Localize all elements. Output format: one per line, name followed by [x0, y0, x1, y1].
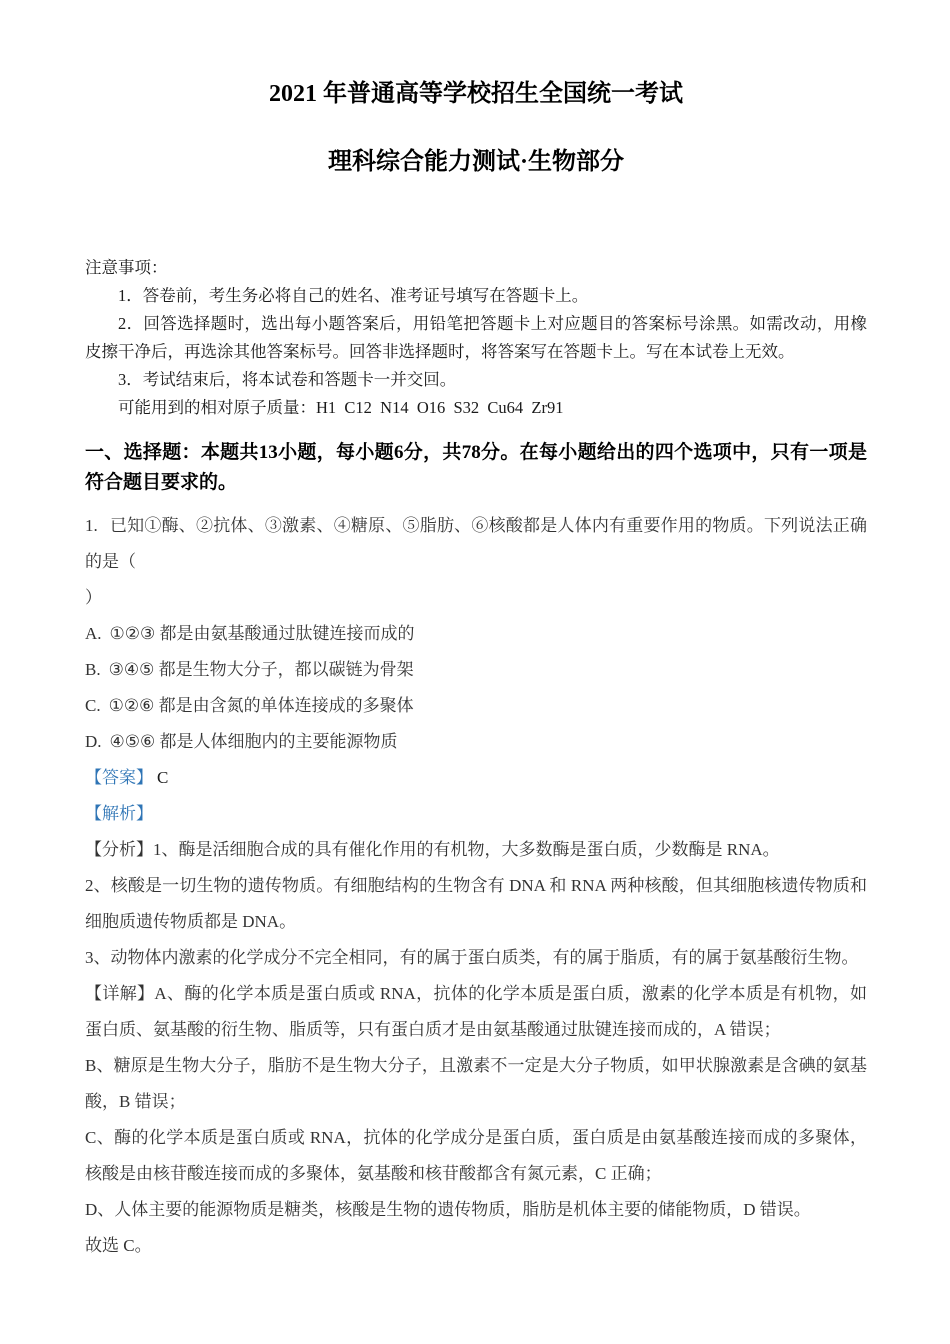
option-b-text: ③④⑤ 都是生物大分子，都以碳链为骨架 — [109, 660, 414, 679]
analysis-text-2: 2、核酸是一切生物的遗传物质。有细胞结构的生物含有 DNA 和 RNA 两种核酸… — [85, 876, 867, 931]
analysis-conclusion: 故选 C。 — [85, 1228, 867, 1264]
option-b: B.③④⑤ 都是生物大分子，都以碳链为骨架 — [85, 652, 867, 688]
analysis-text-1: 1、酶是活细胞合成的具有催化作用的有机物，大多数酶是蛋白质，少数酶是 RNA。 — [153, 840, 780, 859]
notice-item-3: 3．考试结束后，将本试卷和答题卡一并交回。 — [85, 366, 867, 394]
section-heading: 一、选择题：本题共13小题，每小题6分，共78分。在每小题给出的四个选项中，只有… — [85, 438, 867, 498]
document-subtitle: 理科综合能力测试·生物部分 — [85, 146, 867, 178]
analysis-paragraph-5: B、糖原是生物大分子，脂肪不是生物大分子，且激素不一定是大分子物质，如甲状腺激素… — [85, 1048, 867, 1120]
notice-heading: 注意事项： — [85, 254, 867, 282]
option-a-label: A. — [85, 624, 102, 643]
analysis-paragraph-1: 【分析】1、酶是活细胞合成的具有催化作用的有机物，大多数酶是蛋白质，少数酶是 R… — [85, 832, 867, 868]
analysis-text-3: 3、动物体内激素的化学成分不完全相同，有的属于蛋白质类，有的属于脂质，有的属于氨… — [85, 948, 859, 967]
question-stem-close: ） — [85, 580, 867, 616]
analysis-text-4: A、酶的化学本质是蛋白质或 RNA，抗体的化学本质是蛋白质，激素的化学本质是有机… — [85, 984, 867, 1039]
option-d: D.④⑤⑥ 都是人体细胞内的主要能源物质 — [85, 724, 867, 760]
option-b-label: B. — [85, 660, 101, 679]
analysis-prefix-1: 【分析】 — [85, 840, 153, 859]
exam-document-page: 2021 年普通高等学校招生全国统一考试 理科综合能力测试·生物部分 注意事项：… — [0, 0, 950, 1344]
question-stem-text: 已知①酶、②抗体、③激素、④糖原、⑤脂肪、⑥核酸都是人体内有重要作用的物质。下列… — [85, 516, 867, 571]
analysis-tag-line: 【解析】 — [85, 796, 867, 832]
analysis-tag: 【解析】 — [85, 804, 153, 823]
analysis-paragraph-4: 【详解】A、酶的化学本质是蛋白质或 RNA，抗体的化学本质是蛋白质，激素的化学本… — [85, 976, 867, 1048]
notice-section: 注意事项： 1．答卷前，考生务必将自己的姓名、准考证号填写在答题卡上。 2．回答… — [85, 254, 867, 422]
document-title: 2021 年普通高等学校招生全国统一考试 — [85, 78, 867, 110]
analysis-paragraph-6: C、酶的化学本质是蛋白质或 RNA，抗体的化学成分是蛋白质，蛋白质是由氨基酸连接… — [85, 1120, 867, 1192]
option-c-label: C. — [85, 696, 101, 715]
answer-line: 【答案】C — [85, 760, 867, 796]
analysis-paragraph-2: 2、核酸是一切生物的遗传物质。有细胞结构的生物含有 DNA 和 RNA 两种核酸… — [85, 868, 867, 940]
notice-item-1: 1．答卷前，考生务必将自己的姓名、准考证号填写在答题卡上。 — [85, 282, 867, 310]
question-block: 1.已知①酶、②抗体、③激素、④糖原、⑤脂肪、⑥核酸都是人体内有重要作用的物质。… — [85, 508, 867, 1264]
answer-tag: 【答案】 — [85, 768, 153, 787]
notice-atomic-masses: 可能用到的相对原子质量：H1 C12 N14 O16 S32 Cu64 Zr91 — [85, 394, 867, 422]
option-c: C.①②⑥ 都是由含氮的单体连接成的多聚体 — [85, 688, 867, 724]
analysis-text-7: D、人体主要的能源物质是糖类，核酸是生物的遗传物质，脂肪是机体主要的储能物质，D… — [85, 1200, 811, 1219]
analysis-paragraph-3: 3、动物体内激素的化学成分不完全相同，有的属于蛋白质类，有的属于脂质，有的属于氨… — [85, 940, 867, 976]
option-d-label: D. — [85, 732, 102, 751]
analysis-text-6: C、酶的化学本质是蛋白质或 RNA，抗体的化学成分是蛋白质，蛋白质是由氨基酸连接… — [85, 1128, 867, 1183]
analysis-conclusion-text: 故选 C。 — [85, 1236, 152, 1255]
analysis-text-5: B、糖原是生物大分子，脂肪不是生物大分子，且激素不一定是大分子物质，如甲状腺激素… — [85, 1056, 867, 1111]
option-d-text: ④⑤⑥ 都是人体细胞内的主要能源物质 — [110, 732, 398, 751]
analysis-prefix-4: 【详解】 — [85, 984, 154, 1003]
option-a-text: ①②③ 都是由氨基酸通过肽键连接而成的 — [110, 624, 415, 643]
answer-value: C — [157, 768, 168, 787]
notice-item-2: 2．回答选择题时，选出每小题答案后，用铅笔把答题卡上对应题目的答案标号涂黑。如需… — [85, 310, 867, 366]
question-stem: 1.已知①酶、②抗体、③激素、④糖原、⑤脂肪、⑥核酸都是人体内有重要作用的物质。… — [85, 508, 867, 580]
option-c-text: ①②⑥ 都是由含氮的单体连接成的多聚体 — [109, 696, 414, 715]
option-a: A.①②③ 都是由氨基酸通过肽键连接而成的 — [85, 616, 867, 652]
analysis-paragraph-7: D、人体主要的能源物质是糖类，核酸是生物的遗传物质，脂肪是机体主要的储能物质，D… — [85, 1192, 867, 1228]
question-number: 1. — [85, 516, 98, 535]
